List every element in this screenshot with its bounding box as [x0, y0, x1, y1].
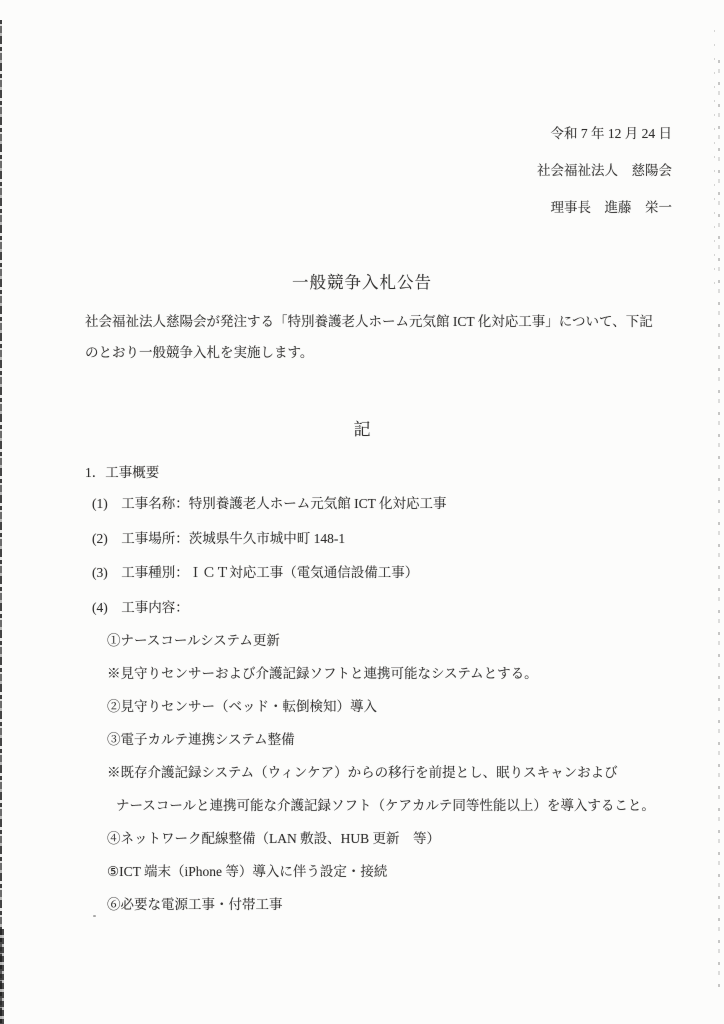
work-detail-line-3: ③電子カルテ連携システム整備	[107, 731, 655, 749]
overview-item-2: (2) 工事場所：茨城県牛久市城中町 148-1	[92, 530, 447, 548]
work-detail-note-1: ※見守りセンサーおよび介護記録ソフトと連携可能なシステムとする。	[107, 665, 655, 683]
section-marker-ki: 記	[0, 415, 724, 440]
right-scan-edge-artifact-secondary	[714, 30, 715, 290]
document-title: 一般競争入札公告	[0, 269, 724, 293]
date-line: 令和 7 年 12 月 24 日	[537, 126, 672, 141]
intro-line-2: のとおり一般競争入札を実施します。	[85, 344, 653, 362]
work-detail-line-4: ④ネットワーク配線整備（LAN 敷設、HUB 更新 等）	[107, 830, 655, 848]
document-header: 令和 7 年 12 月 24 日 社会福祉法人 慈陽会 理事長 進藤 栄一	[537, 126, 672, 237]
scan-speck-artifact	[93, 915, 96, 917]
intro-paragraph: 社会福祉法人慈陽会が発注する「特別養護老人ホーム元気館 ICT 化対応工事」につ…	[85, 313, 653, 375]
right-scan-edge-artifact	[718, 60, 720, 990]
work-content-details: ①ナースコールシステム更新 ※見守りセンサーおよび介護記録ソフトと連携可能なシス…	[107, 632, 655, 929]
work-detail-line-6: ⑥必要な電源工事・付帯工事	[107, 896, 655, 914]
left-scan-edge-artifact	[0, 20, 3, 1024]
overview-item-4: (4) 工事内容：	[92, 599, 447, 617]
representative-line: 理事長 進藤 栄一	[537, 200, 672, 215]
work-detail-line-2: ②見守りセンサー（ベッド・転倒検知）導入	[107, 698, 655, 716]
scanned-document-page: 令和 7 年 12 月 24 日 社会福祉法人 慈陽会 理事長 進藤 栄一 一般…	[0, 0, 724, 1024]
work-detail-note-2-continued: ナースコールと連携可能な介護記録ソフト（ケアカルテ同等性能以上）を導入すること。	[107, 797, 655, 815]
intro-line-1: 社会福祉法人慈陽会が発注する「特別養護老人ホーム元気館 ICT 化対応工事」につ…	[85, 313, 653, 331]
work-detail-line-5: ⑤ICT 端末（iPhone 等）導入に伴う設定・接続	[107, 863, 655, 881]
overview-item-1: (1) 工事名称：特別養護老人ホーム元気館 ICT 化対応工事	[92, 495, 447, 513]
organization-line: 社会福祉法人 慈陽会	[537, 163, 672, 178]
section-1-heading: 1．工事概要	[85, 461, 159, 481]
work-detail-line-1: ①ナースコールシステム更新	[107, 632, 655, 650]
overview-item-3: (3) 工事種別：ＩＣＴ対応工事（電気通信設備工事）	[92, 564, 447, 582]
work-overview-items: (1) 工事名称：特別養護老人ホーム元気館 ICT 化対応工事 (2) 工事場所…	[92, 495, 447, 633]
work-detail-note-2: ※既存介護記録システム（ウィンケア）からの移行を前提とし、眠りスキャンおよび	[107, 764, 655, 782]
